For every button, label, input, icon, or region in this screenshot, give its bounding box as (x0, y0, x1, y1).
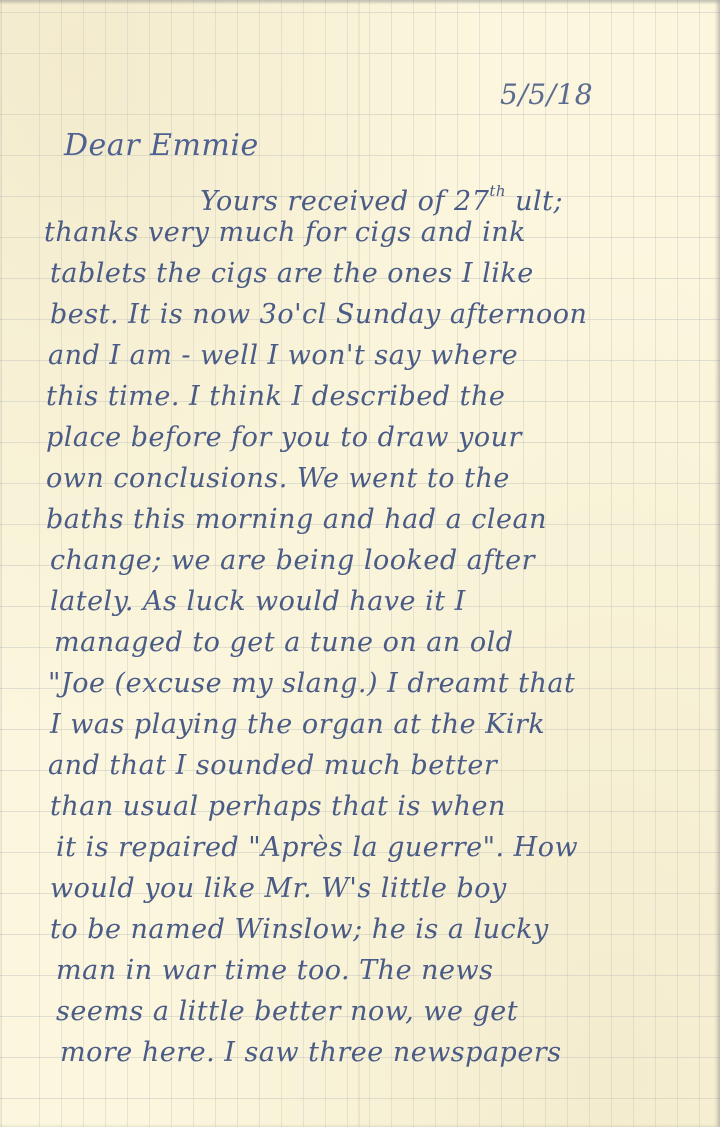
body-line-13: "Joe (excuse my slang.) I dreamt that (48, 663, 575, 704)
body-line-12: managed to get a tune on an old (54, 622, 514, 663)
body-line-4: best. It is now 3o'cl Sunday afternoon (50, 294, 587, 335)
body-line-5: and I am - well I won't say where (48, 335, 518, 376)
body-line-14: I was playing the organ at the Kirk (50, 704, 545, 745)
salutation: Dear Emmie (64, 128, 259, 163)
body-line-7: place before for you to draw your (46, 417, 522, 458)
body-line-1: Yours received of 27th ult; (200, 171, 563, 212)
body-line-17: it is repaired "Après la guerre". How (56, 827, 578, 868)
body-line-3: tablets the cigs are the ones I like (50, 253, 534, 294)
body-line-20: man in war time too. The news (56, 950, 493, 991)
body-line-6: this time. I think I described the (46, 376, 505, 417)
body-line-19: to be named Winslow; he is a lucky (50, 909, 549, 950)
letter-page: 5/5/18 Dear Emmie Yours received of 27th… (0, 0, 720, 1127)
body-line-22: more here. I saw three newspapers (60, 1032, 562, 1073)
body-line-8: own conclusions. We went to the (46, 458, 510, 499)
body-line-16: than usual perhaps that is when (50, 786, 506, 827)
body-line-11: lately. As luck would have it I (50, 581, 466, 622)
body-line-18: would you like Mr. W's little boy (50, 868, 507, 909)
scan-border (0, 1127, 720, 1135)
body-line-15: and that I sounded much better (48, 745, 497, 786)
body-line-9: baths this morning and had a clean (46, 499, 547, 540)
body-line-10: change; we are being looked after (50, 540, 535, 581)
superscript: th (489, 182, 506, 200)
letter-date: 5/5/18 (500, 78, 593, 111)
body-line-21: seems a little better now, we get (56, 991, 518, 1032)
body-line-2: thanks very much for cigs and ink (44, 212, 526, 253)
